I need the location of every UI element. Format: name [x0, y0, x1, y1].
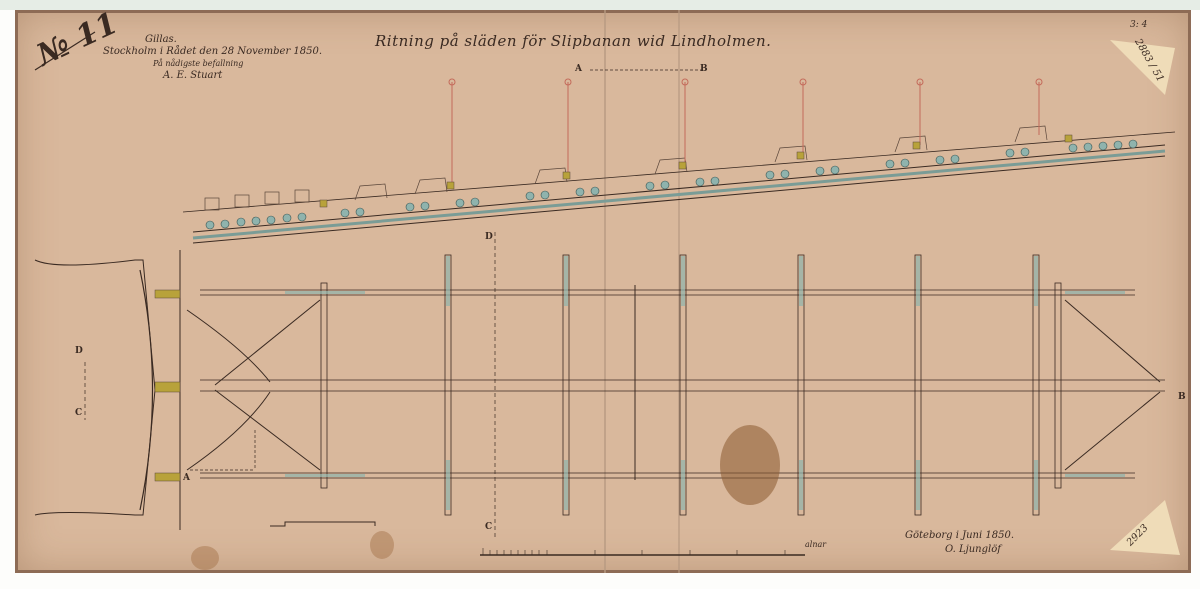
technical-drawing: [15, 10, 1191, 573]
section-label-a-left: A: [183, 473, 190, 483]
section-label-b-right: B: [1178, 392, 1186, 402]
section-label-a-top: A: [575, 64, 582, 74]
scale-unit-label: alnar: [805, 540, 826, 549]
approval-line-4: A. E. Stuart: [103, 70, 322, 82]
section-label-d-left: D: [75, 346, 83, 356]
section-label-b-top: B: [700, 64, 708, 74]
scale-bar: [480, 548, 805, 555]
drawing-title: Ritning på släden för Slipbanan wid Lind…: [375, 32, 771, 50]
scan-background-strip: [0, 0, 1200, 10]
signature-block: Göteborg i Juni 1850. O. Ljunglöf: [905, 529, 1014, 557]
approval-line-3: På nådigste befallning: [103, 58, 322, 70]
section-label-c-left: C: [75, 408, 82, 418]
approval-line-1: Gillas.: [103, 34, 322, 46]
approval-line-2: Stockholm i Rådet den 28 November 1850.: [103, 46, 322, 58]
signature-name: O. Ljunglöf: [905, 543, 1014, 557]
section-label-d-mid: D: [485, 232, 493, 242]
section-label-c-mid: C: [485, 522, 492, 532]
drawing-sheet: № 11 Gillas. Stockholm i Rådet den 28 No…: [15, 10, 1191, 573]
corner-mark: 3: 4: [1130, 20, 1147, 30]
stain: [720, 425, 780, 505]
approval-stamp: Gillas. Stockholm i Rådet den 28 Novembe…: [103, 34, 322, 82]
signature-place-date: Göteborg i Juni 1850.: [905, 529, 1014, 543]
plan-view: [35, 70, 1165, 540]
